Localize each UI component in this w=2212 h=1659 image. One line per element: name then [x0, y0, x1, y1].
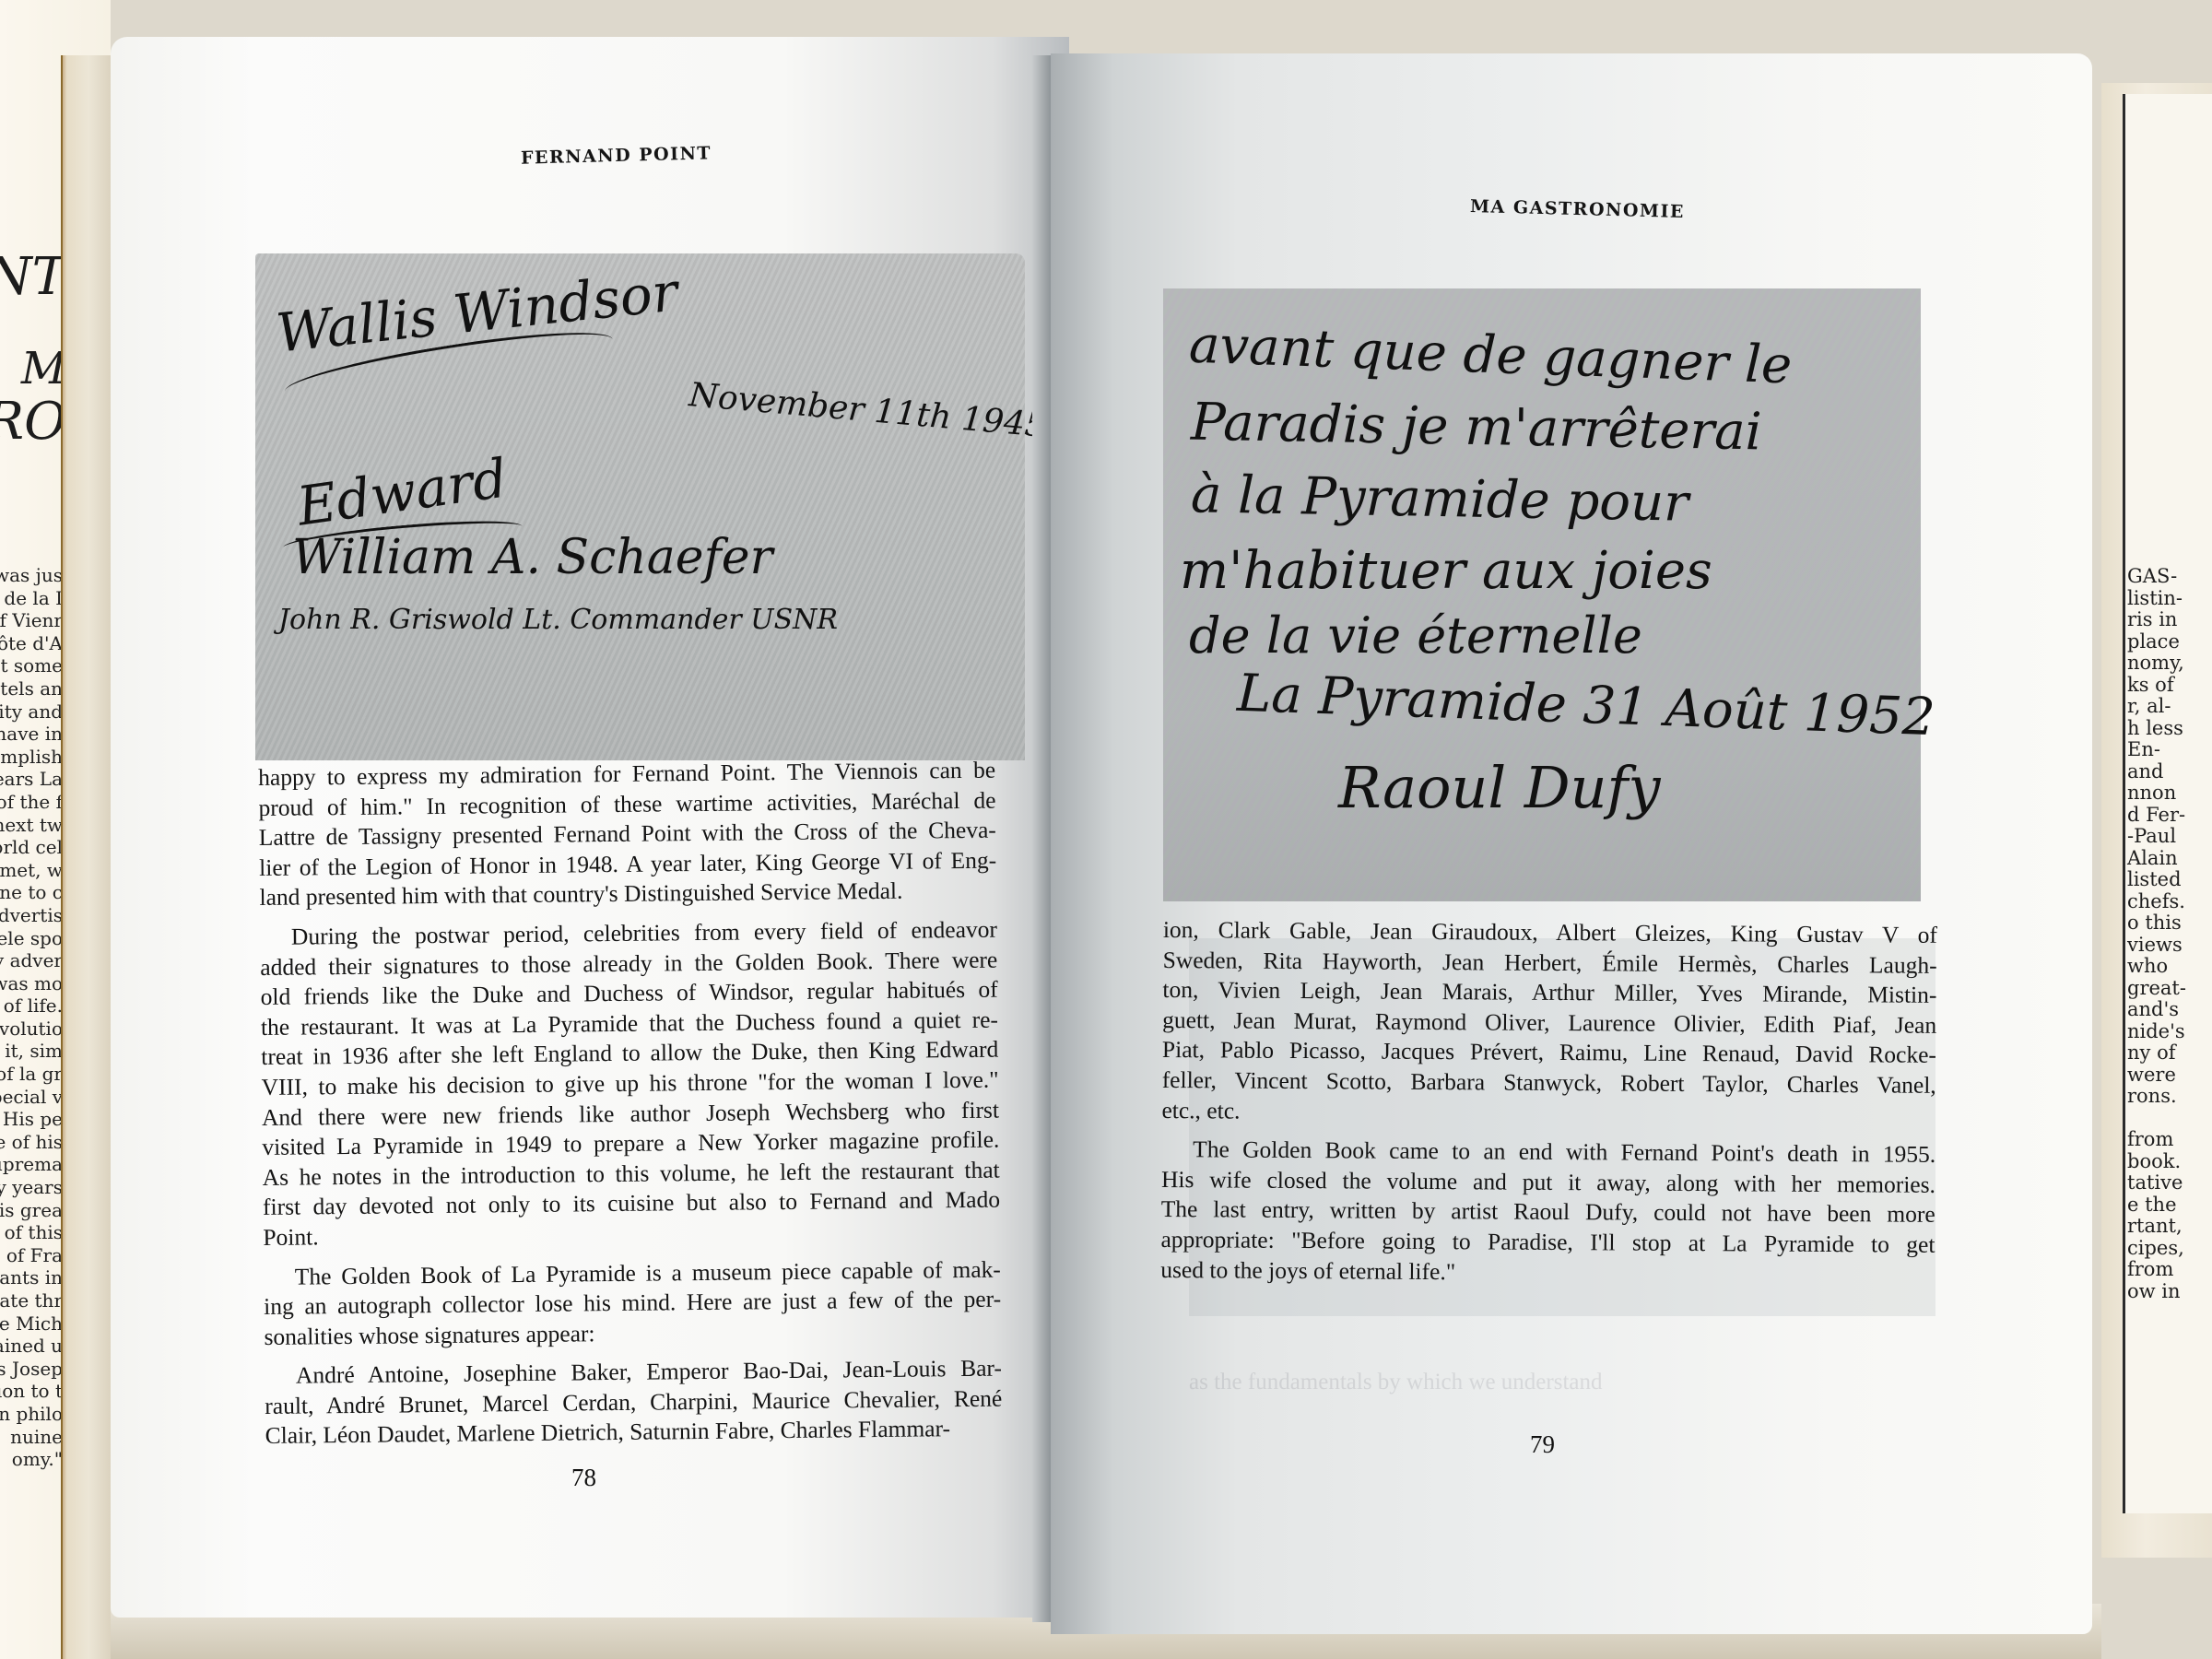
adjacent-page-right-text: GAS-listin-ris inplacenomy,ks ofr, al-h …	[2123, 94, 2212, 1513]
text-fragment: omy."	[0, 1448, 61, 1471]
text-line: Clair, Léon Daudet, Marlene Dietrich, Sa…	[265, 1414, 1002, 1452]
text-line: ion, Clark Gable, Jean Giraudoux, Albert…	[1163, 915, 1937, 950]
paragraph: The Golden Book of La Pyramide is a muse…	[264, 1254, 1002, 1352]
paragraph: happy to express my admiration for Ferna…	[258, 756, 997, 913]
handwriting-date-line: La Pyramide 31 Août 1952	[1236, 664, 1936, 747]
text-line: appropriate: "Before going to Paradise, …	[1160, 1225, 1935, 1260]
text-fragment: nt was jus	[0, 564, 61, 587]
text-fragment: complish	[0, 746, 61, 769]
text-fragment: years La	[0, 768, 61, 791]
running-head: FERNAND POINT	[521, 143, 712, 168]
text-fragment: nide's	[2127, 1021, 2186, 1043]
page-number: 78	[571, 1464, 596, 1492]
text-fragment: As Josep	[0, 1358, 61, 1381]
text-fragment: y years	[0, 1176, 61, 1199]
text-fragment: rants in	[0, 1266, 61, 1289]
text-fragment: GAS-	[2127, 566, 2186, 588]
text-fragment: d Fer-	[2127, 805, 2186, 827]
handwriting-line: avant que de gagner le	[1188, 315, 1793, 396]
text-fragment: advertis	[0, 904, 61, 927]
text-fragment: e the	[2127, 1194, 2186, 1217]
text-fragment: of this	[0, 1221, 61, 1244]
text-fragment: ne of Fra	[0, 1244, 61, 1267]
text-fragment: book.	[2127, 1151, 2186, 1173]
text-fragment: nuine	[0, 1426, 61, 1449]
text-fragment: suprema	[0, 1153, 61, 1176]
text-fragment: great-	[2127, 978, 2186, 1000]
text-fragment: os at some	[0, 654, 61, 677]
text-fragment: ks of	[2127, 675, 2186, 697]
text-fragment: urmet, w	[0, 859, 61, 882]
text-fragment: d have in	[0, 723, 61, 746]
text-fragment: rons.	[2127, 1086, 2186, 1108]
signature-griswold: John R. Griswold Lt. Commander USNR	[278, 604, 838, 636]
text-fragment: En-	[2127, 739, 2186, 761]
decorative-title-fragment: ANT	[0, 247, 61, 307]
page-stack-edge-left	[61, 55, 114, 1659]
text-fragment: -Paul	[2127, 826, 2186, 848]
text-fragment: were	[2127, 1065, 2186, 1087]
text-fragment: o this	[2127, 912, 2186, 935]
text-fragment: de Mich	[0, 1312, 61, 1335]
text-fragment: views	[2127, 935, 2186, 957]
text-fragment: enne to c	[0, 881, 61, 904]
text-fragment: ny adver	[0, 949, 61, 972]
text-fragment: of life.	[0, 994, 61, 1018]
text-fragment: s of la gr	[0, 1063, 61, 1086]
page-78: FERNAND POINT Wallis Windsor November 11…	[111, 37, 1069, 1618]
handwriting-line: Paradis je m'arrêterai	[1190, 393, 1762, 463]
page-number: 79	[1530, 1430, 1555, 1459]
text-fragment: d it, sim	[0, 1040, 61, 1063]
text-fragment: chefs.	[2127, 891, 2186, 913]
decorative-title-fragment: M	[21, 343, 61, 394]
paragraph: ion, Clark Gable, Jean Giraudoux, Albert…	[1161, 915, 1937, 1131]
page-79: MA GASTRONOMIE avant que de gagner le Pa…	[1051, 53, 2092, 1634]
text-fragment: ained u	[0, 1335, 61, 1358]
open-book-photo: ANT M TRO nt was just de la Iof VienrCôt…	[0, 0, 2212, 1659]
paragraph: During the postwar period, celebrities f…	[260, 915, 1001, 1253]
text-fragment: tative	[2127, 1172, 2186, 1194]
text-fragment: who	[2127, 956, 2186, 978]
text-fragment: is grea	[0, 1199, 61, 1222]
text-fragment: and	[2127, 761, 2186, 783]
text-fragment: pecial v	[0, 1086, 61, 1109]
page-78-body-text: happy to express my admiration for Ferna…	[258, 756, 1003, 1452]
text-fragment: world cel	[0, 836, 61, 859]
text-fragment: of Vienr	[0, 609, 61, 632]
text-fragment: nate thr	[0, 1289, 61, 1312]
autograph-photo: Wallis Windsor November 11th 1945 Edward…	[255, 253, 1025, 760]
text-line: feller, Vincent Scotto, Barbara Stanwyck…	[1162, 1065, 1936, 1100]
text-fragment: ne next tw	[0, 814, 61, 837]
text-fragment: hotels an	[0, 677, 61, 700]
show-through-text: as the fundamentals by which we understa…	[1189, 1370, 1603, 1395]
text-fragment: listed	[2127, 869, 2186, 891]
text-fragment: Alain	[2127, 848, 2186, 870]
text-fragment: place	[2127, 631, 2186, 653]
text-fragment: ny of	[2127, 1042, 2186, 1065]
text-fragment: tele spo	[0, 927, 61, 950]
decorative-title-fragment: TRO	[0, 392, 61, 452]
text-line: The Golden Book came to an end with Fern…	[1161, 1135, 1935, 1170]
text-fragment: e of his	[0, 1131, 61, 1154]
adjacent-page-text-fragments: nt was just de la Iof VienrCôte d'Aos at…	[0, 564, 61, 1471]
paragraph: The Golden Book came to an end with Fern…	[1160, 1135, 1935, 1290]
page-79-body-text: ion, Clark Gable, Jean Giraudoux, Albert…	[1160, 915, 1937, 1290]
text-fragment: listin-	[2127, 588, 2186, 610]
text-fragment: was mo	[0, 972, 61, 995]
text-fragment: from	[2127, 1129, 2186, 1151]
text-fragment: h less	[2127, 718, 2186, 740]
text-fragment: revolutio	[0, 1018, 61, 1041]
text-fragment: bility and	[0, 700, 61, 724]
text-fragment: ion to t	[0, 1380, 61, 1403]
text-fragment: rtant,	[2127, 1216, 2186, 1238]
text-fragment: Côte d'A	[0, 632, 61, 655]
paragraph: André Antoine, Josephine Baker, Emperor …	[265, 1354, 1003, 1452]
text-line: used to the joys of eternal life."	[1160, 1255, 1935, 1290]
text-fragment: from	[2127, 1259, 2186, 1281]
text-fragment: n philo	[0, 1403, 61, 1426]
text-fragment: t de la I	[0, 587, 61, 610]
handwritten-note-photo: avant que de gagner le Paradis je m'arrê…	[1163, 288, 1921, 901]
signature-schaefer: William A. Schaefer	[292, 530, 772, 585]
adjacent-page-left-text: ANT M TRO nt was just de la Iof VienrCôt…	[0, 0, 61, 1659]
adjacent-page-text-fragments: GAS-listin-ris inplacenomy,ks ofr, al-h …	[2127, 566, 2186, 1302]
handwriting-line: à la Pyramide pour	[1190, 465, 1688, 533]
text-fragment: ow in	[2127, 1281, 2186, 1303]
signature-date: November 11th 1945	[688, 376, 1048, 445]
text-fragment: cipes,	[2127, 1238, 2186, 1260]
handwriting-line: de la vie éternelle	[1189, 606, 1642, 665]
text-fragment	[2127, 1108, 2186, 1130]
text-fragment: of the f	[0, 791, 61, 814]
signature-raoul-dufy: Raoul Dufy	[1338, 754, 1660, 821]
text-fragment: ris in	[2127, 609, 2186, 631]
text-line: ton, Vivien Leigh, Jean Marais, Arthur M…	[1162, 975, 1936, 1010]
text-fragment: r, al-	[2127, 696, 2186, 718]
running-head: MA GASTRONOMIE	[1470, 196, 1685, 222]
handwriting-line: m'habituer aux joies	[1180, 541, 1712, 601]
text-fragment: nomy,	[2127, 653, 2186, 675]
text-fragment: and's	[2127, 999, 2186, 1021]
text-fragment: . His pe	[0, 1108, 61, 1131]
text-fragment: nnon	[2127, 782, 2186, 805]
